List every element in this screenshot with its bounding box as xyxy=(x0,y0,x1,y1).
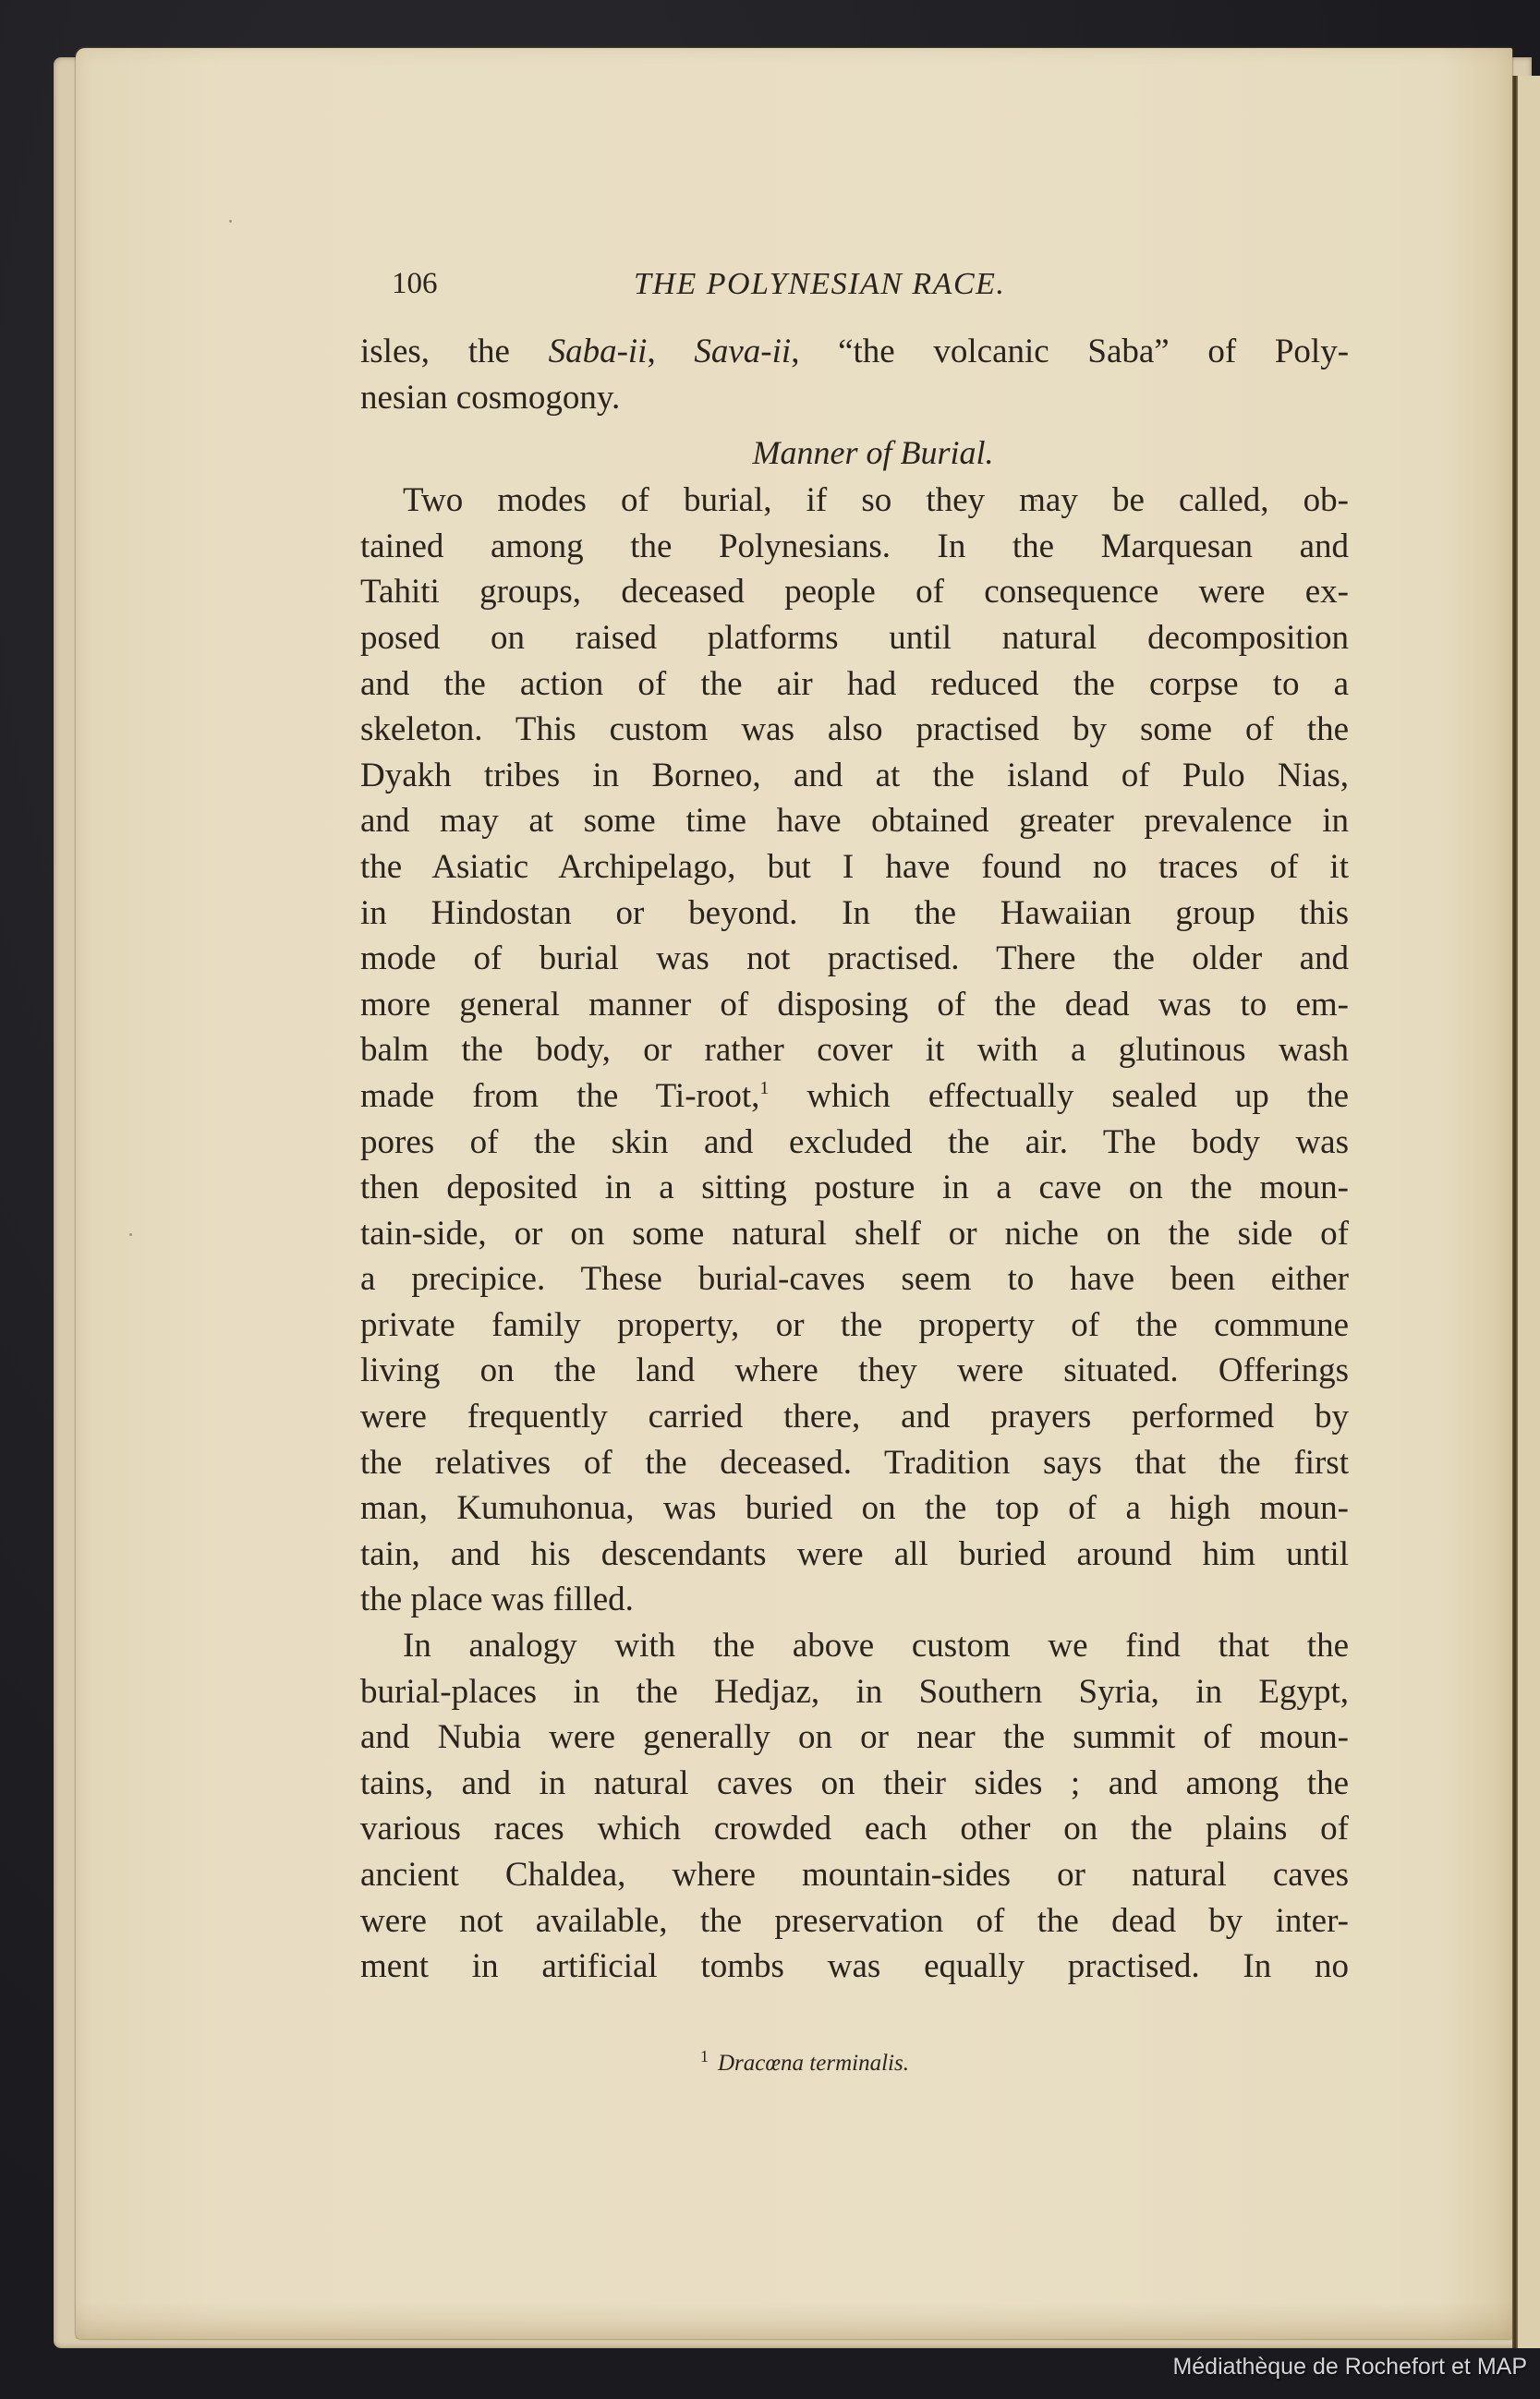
text-line: posed on raised platforms until natural … xyxy=(360,615,1349,661)
text-line: tain-side, or on some natural shelf or n… xyxy=(360,1211,1349,1257)
library-watermark: Médiathèque de Rochefort et MAP xyxy=(1172,2354,1527,2381)
text-line: balm the body, or rather cover it with a… xyxy=(360,1027,1349,1073)
text-line: private family property, or the property… xyxy=(360,1302,1349,1349)
text-line: made from the Ti-root,1 which effectuall… xyxy=(360,1073,1349,1120)
scanned-book-spread: 106 THE POLYNESIAN RACE. isles, the Saba… xyxy=(0,0,1540,2399)
text-line: ancient Chaldea, where mountain-sides or… xyxy=(360,1852,1349,1898)
footnote-mark: 1 xyxy=(700,2047,709,2066)
text-line: then deposited in a sitting posture in a… xyxy=(360,1165,1349,1211)
text-line: various races which crowded each other o… xyxy=(360,1806,1349,1852)
text-line: ment in artificial tombs was equally pra… xyxy=(360,1944,1349,1990)
text-line: and may at some time have obtained great… xyxy=(360,798,1349,844)
text-line: in Hindostan or beyond. In the Hawaiian … xyxy=(360,891,1349,937)
text-line: and the action of the air had reduced th… xyxy=(360,661,1349,708)
text-line: more general manner of disposing of the … xyxy=(360,982,1349,1028)
paragraph: In analogy with the above custom we find… xyxy=(360,1623,1349,1990)
paper-speck xyxy=(1035,499,1037,502)
text-line: tained among the Polynesians. In the Mar… xyxy=(360,524,1349,570)
text-line: Dyakh tribes in Borneo, and at the islan… xyxy=(360,753,1349,799)
continued-paragraph: isles, the Saba-ii, Sava-ii, “the volcan… xyxy=(360,329,1349,420)
body-text: isles, the Saba-ii, Sava-ii, “the volcan… xyxy=(360,329,1349,1990)
facing-page-edge xyxy=(1518,76,1540,2348)
running-head: 106 THE POLYNESIAN RACE. xyxy=(392,263,1352,309)
running-title: THE POLYNESIAN RACE. xyxy=(634,267,1005,302)
text-line: Tahiti groups, deceased people of conseq… xyxy=(360,569,1349,615)
text-line: tain, and his descendants were all burie… xyxy=(360,1532,1349,1578)
text-line: and Nubia were generally on or near the … xyxy=(360,1714,1349,1761)
text-line: a precipice. These burial-caves seem to … xyxy=(360,1256,1349,1302)
text-line: pores of the skin and excluded the air. … xyxy=(360,1120,1349,1166)
text-line: tains, and in natural caves on their sid… xyxy=(360,1761,1349,1807)
text-line: living on the land where they were situa… xyxy=(360,1348,1349,1394)
text-line: skeleton. This custom was also practised… xyxy=(360,707,1349,753)
paragraph: Two modes of burial, if so they may be c… xyxy=(360,478,1349,1623)
paragraphs: Two modes of burial, if so they may be c… xyxy=(360,478,1349,1990)
text-line: the relatives of the deceased. Tradition… xyxy=(360,1440,1349,1486)
text-line: mode of burial was not practised. There … xyxy=(360,936,1349,982)
paper-speck xyxy=(721,1875,723,1878)
text-line: burial-places in the Hedjaz, in Southern… xyxy=(360,1669,1349,1715)
text-line: man, Kumuhonua, was buried on the top of… xyxy=(360,1485,1349,1532)
text-line: nesian cosmogony. xyxy=(360,375,1349,421)
paper-speck xyxy=(129,1233,132,1236)
footnote-text: Dracœna terminalis. xyxy=(718,2051,909,2076)
text-line: In analogy with the above custom we find… xyxy=(360,1623,1349,1669)
paper-speck xyxy=(229,220,232,223)
text-line: were not available, the preservation of … xyxy=(360,1898,1349,1945)
text-line: the place was filled. xyxy=(360,1577,1349,1623)
text-line: the Asiatic Archipelago, but I have foun… xyxy=(360,844,1349,891)
text-line: isles, the Saba-ii, Sava-ii, “the volcan… xyxy=(360,329,1349,375)
section-subheading: Manner of Burial. xyxy=(360,420,1349,478)
text-line: Two modes of burial, if so they may be c… xyxy=(360,478,1349,524)
footnote: 1Dracœna terminalis. xyxy=(700,2047,909,2077)
page-number: 106 xyxy=(392,267,438,301)
text-line: were frequently carried there, and praye… xyxy=(360,1394,1349,1440)
